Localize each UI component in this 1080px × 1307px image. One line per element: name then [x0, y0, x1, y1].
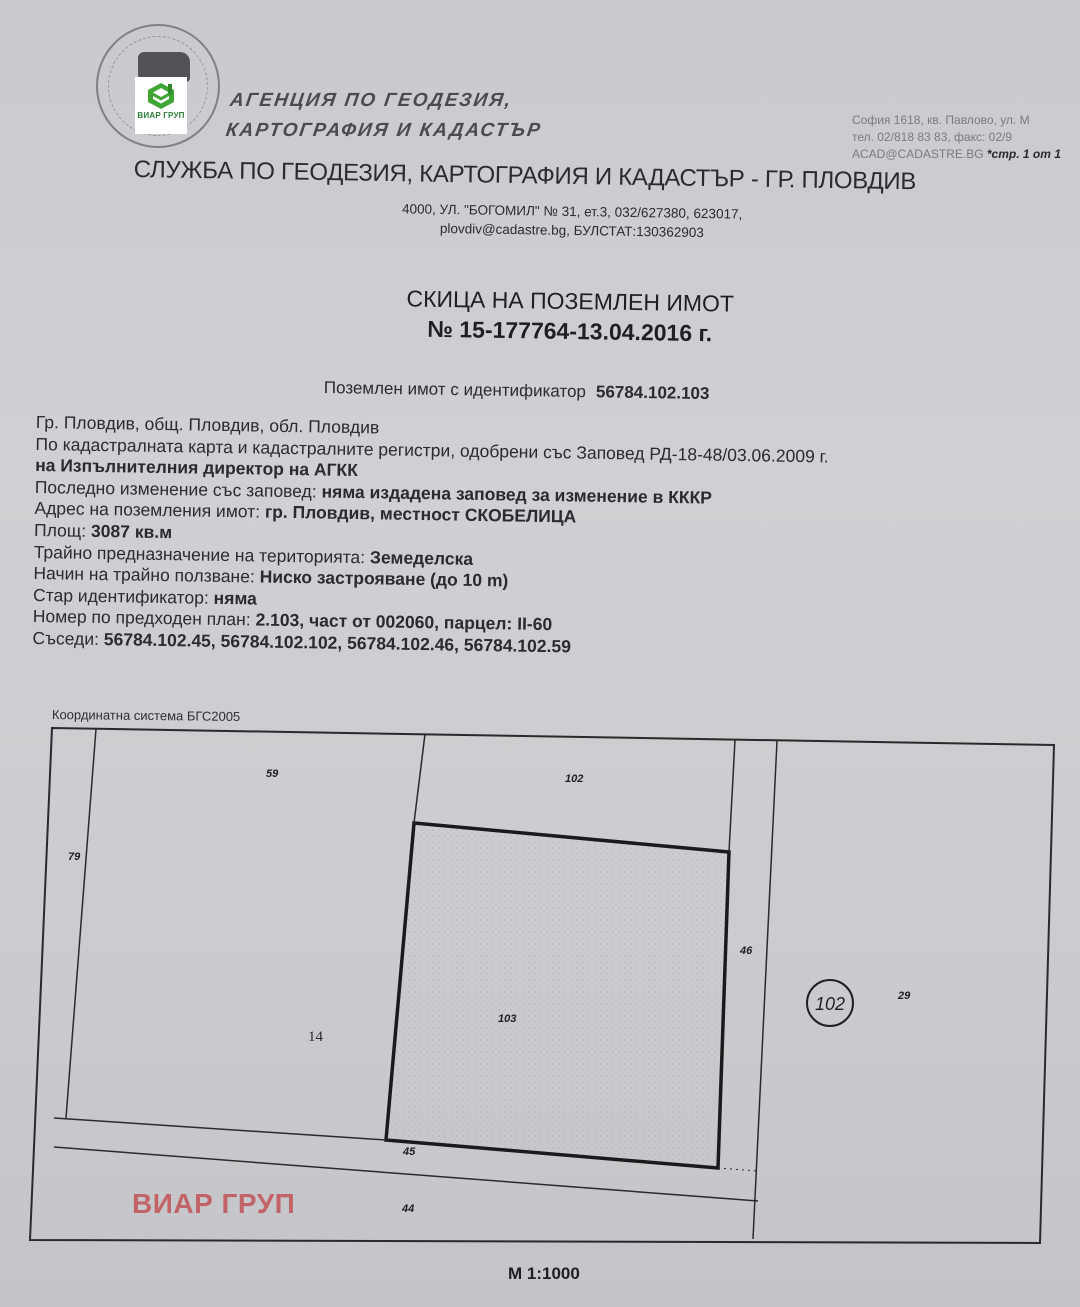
block-number-label: 102	[815, 994, 845, 1014]
parcel-label-44: 44	[401, 1203, 414, 1215]
parcel-label-45: 45	[402, 1146, 416, 1158]
parcel-label-46: 46	[739, 945, 753, 957]
map-scale: М 1:1000	[508, 1264, 580, 1284]
parcel-label-103: 103	[498, 1013, 516, 1025]
parcel-label-79: 79	[68, 851, 81, 863]
cadastral-map: 59 102 79 46 103 14 45 44 29 102	[0, 0, 1080, 1307]
watermark-text: ВИАР ГРУП	[132, 1188, 295, 1220]
parcel-label-59: 59	[266, 768, 279, 780]
parcel-label-102: 102	[565, 773, 583, 785]
parcel-label-29: 29	[897, 990, 911, 1002]
parcel-label-14: 14	[308, 1029, 324, 1045]
parcel-103-boundary[interactable]	[386, 823, 729, 1168]
